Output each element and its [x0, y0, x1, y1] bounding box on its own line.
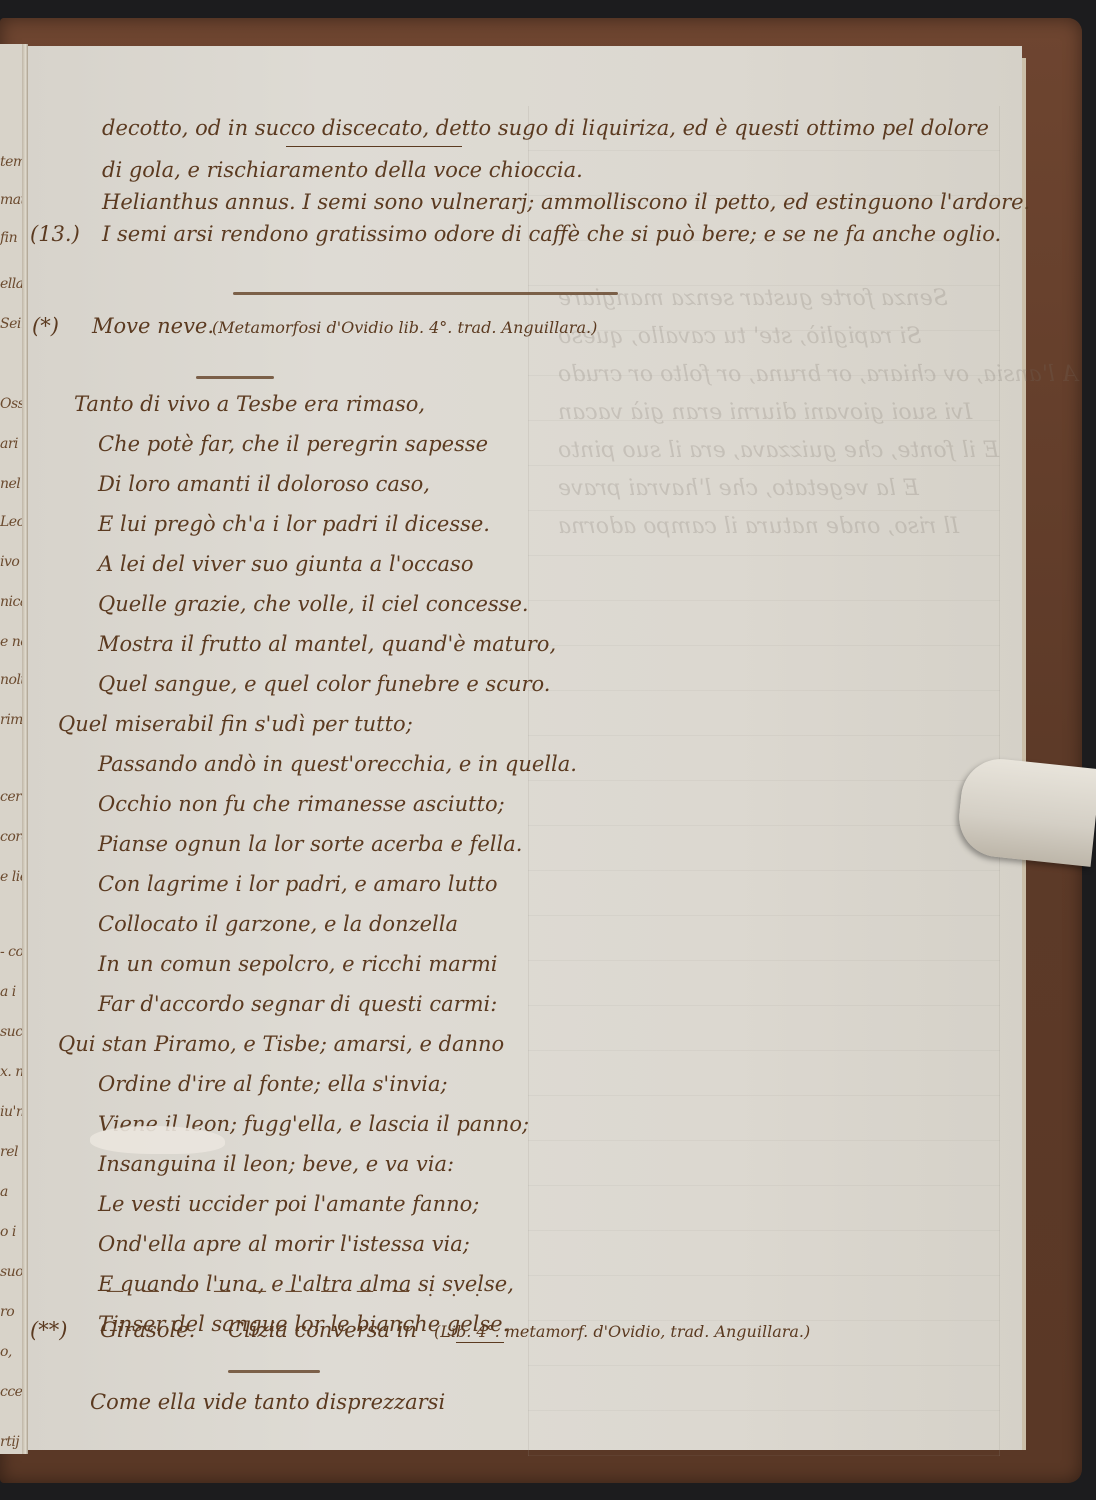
- facing-fragment: succ: [0, 1024, 22, 1040]
- facing-fragment: fin: [0, 230, 17, 246]
- bleed-through-line: A l'ansia, ov chiara, or bruna, or folto…: [558, 362, 1078, 387]
- entry-13-line-3: Helianthus annus. I semi sono vulnerarj;…: [102, 190, 1030, 214]
- note-1-source: (Metamorfosi d'Ovidio lib. 4°. trad. Ang…: [212, 318, 597, 337]
- verse-line: Pianse ognun la lor sorte acerba e fella…: [98, 832, 522, 856]
- bleed-through-line: Ivi suoi giovani diurni eran già vacan: [558, 400, 972, 425]
- bleed-through-line: Senza forte gustar senza mangiare: [558, 286, 948, 311]
- note-2-source: (Lib. 4°. metamorf. d'Ovidio, trad. Angu…: [434, 1322, 810, 1341]
- facing-fragment: ella: [0, 276, 22, 292]
- facing-fragment: o,: [0, 1344, 12, 1360]
- facing-page-edge: tem mat fin ella Sein Ossin ari nel Leo …: [0, 44, 22, 1454]
- verse-line: Insanguina il leon; beve, e va via:: [98, 1152, 454, 1176]
- verse-line: Quelle grazie, che volle, il ciel conces…: [98, 592, 529, 616]
- note-2-subtitle: Clizia conversa in: [228, 1318, 417, 1342]
- facing-fragment: rime: [0, 712, 22, 728]
- verse-line: Che potè far, che il peregrin sapesse: [98, 432, 488, 456]
- verse-line: Qui stan Piramo, e Tisbe; amarsi, e dann…: [58, 1032, 504, 1056]
- verse-line: Collocato il garzone, e la donzella: [98, 912, 458, 936]
- note-2-title: Girasole.: [100, 1318, 195, 1342]
- facing-fragment: nel: [0, 476, 20, 492]
- liquiriza-underline: [286, 146, 462, 147]
- note-1-marker: (*): [32, 314, 59, 338]
- note-2-marker: (**): [30, 1318, 67, 1342]
- verse-line: E lui pregò ch'a i lor padri il dicesse.: [98, 512, 490, 536]
- entry-13-line-2: di gola, e rischiaramento della voce chi…: [102, 158, 583, 182]
- gelse-underline: [456, 1342, 504, 1343]
- facing-fragment: cce: [0, 1384, 22, 1400]
- note-1-title: Move neve.: [92, 314, 214, 338]
- verse-line: Ond'ella apre al morir l'istessa via;: [98, 1232, 470, 1256]
- verse-line: In un comun sepolcro, e ricchi marmi: [98, 952, 497, 976]
- title-underline: [196, 376, 274, 379]
- facing-fragment: o i: [0, 1224, 16, 1240]
- bleed-through-line: E la vegetato, che l'havrai prave: [558, 476, 919, 501]
- note-2-first-line: Come ella vide tanto disprezzarsi: [90, 1390, 445, 1414]
- facing-fragment: ro: [0, 1304, 14, 1320]
- verse-line: Occhio non fu che rimanesse asciutto;: [98, 792, 505, 816]
- facing-fragment: cord: [0, 829, 22, 845]
- facing-fragment: - co: [0, 944, 22, 960]
- verse-line: Le vesti uccider poi l'amante fanno;: [98, 1192, 479, 1216]
- facing-fragment: a i: [0, 984, 16, 1000]
- facing-fragment: tem: [0, 154, 22, 170]
- facing-fragment: e lie: [0, 869, 22, 885]
- facing-fragment: rtij: [0, 1434, 19, 1450]
- facing-fragment: mat: [0, 192, 22, 208]
- facing-fragment: cere: [0, 789, 22, 805]
- bleed-through-line: Si rapigliò, ste' tu cavallo, queso: [558, 324, 922, 349]
- facing-fragment: e ne: [0, 634, 22, 650]
- verse-line: Mostra il frutto al mantel, quand'è matu…: [98, 632, 556, 656]
- verse-line: Quel miserabil fin s'udì per tutto;: [58, 712, 413, 736]
- verse-line: Tanto di vivo a Tesbe era rimaso,: [74, 392, 425, 416]
- entry-13-line-4: I semi arsi rendono gratissimo odore di …: [102, 222, 1001, 246]
- verse-line: Quel sangue, e quel color funebre e scur…: [98, 672, 550, 696]
- facing-fragment: Leo: [0, 514, 22, 530]
- bleed-through-line: E il fonte, che guizzava, era il suo pin…: [558, 438, 999, 463]
- facing-fragment: a: [0, 1184, 8, 1200]
- manuscript-page: Senza forte gustar senza mangiare Si rap…: [28, 46, 1022, 1450]
- facing-fragment: nolt: [0, 672, 22, 688]
- facing-fragment: ivo: [0, 554, 19, 570]
- facing-fragment: Ossin: [0, 396, 22, 412]
- facing-fragment: nica: [0, 594, 22, 610]
- facing-fragment: Sein: [0, 316, 22, 332]
- verse-line: Far d'accordo segnar di questi carmi:: [98, 992, 497, 1016]
- section-divider: [233, 292, 618, 295]
- verse-line: Con lagrime i lor padri, e amaro lutto: [98, 872, 498, 896]
- page-turner-tab: [955, 755, 1096, 867]
- verse-line: Di loro amanti il doloroso caso,: [98, 472, 430, 496]
- bleed-through-line: Il riso, onde natura il campo adorna: [558, 514, 959, 539]
- entry-number: (13.): [30, 222, 80, 246]
- entry-13-line-1: decotto, od in succo discecato, detto su…: [102, 116, 989, 140]
- paper-stain: [90, 1126, 225, 1154]
- title-underline: [228, 1370, 320, 1373]
- facing-fragment: x. n: [0, 1064, 22, 1080]
- dashed-separator: — — — — — — — — — . . .: [106, 1280, 486, 1301]
- verse-line: Ordine d'ire al fonte; ella s'invia;: [98, 1072, 448, 1096]
- verse-line: A lei del viver suo giunta a l'occaso: [98, 552, 473, 576]
- facing-fragment: ari: [0, 436, 18, 452]
- facing-fragment: suo: [0, 1264, 22, 1280]
- verse-line: Passando andò in quest'orecchia, e in qu…: [98, 752, 577, 776]
- facing-fragment: iu'n: [0, 1104, 22, 1120]
- facing-fragment: rel: [0, 1144, 18, 1160]
